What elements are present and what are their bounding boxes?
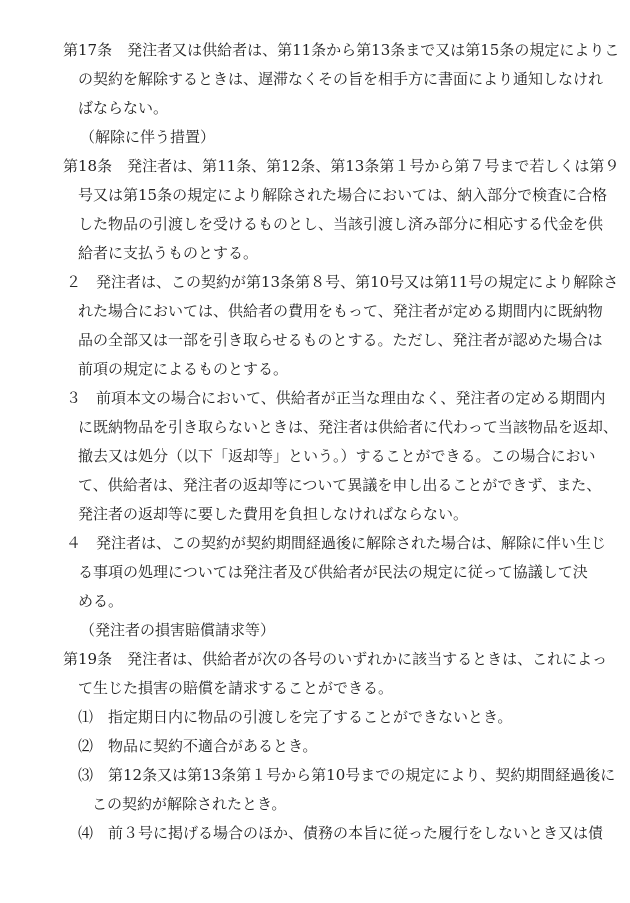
article-18-para-3-line-3: 撤去又は処分（以下「返却等」という。）することができる。この場合におい [78, 446, 596, 466]
article-18-para-2-line-2: れた場合においては、供給者の費用をもって、発注者が定める期間内に既納物 [78, 301, 603, 321]
article-18-line-1: 第18条 発注者は、第11条、第12条、第13条第１号から第７号まで若しくは第９ [63, 156, 619, 176]
heading-damages-claim: （発注者の損害賠償請求等） [80, 620, 275, 640]
article-19-line-1: 第19条 発注者は、供給者が次の各号のいずれかに該当するときは、これによっ [63, 649, 607, 669]
article-18-para-3-line-5: 発注者の返却等に要した費用を負担しなければならない。 [78, 504, 468, 524]
article-17-line-3: ばならない。 [78, 98, 168, 118]
article-17-line-2: の契約を解除するときは、遅滞なくその旨を相手方に書面により通知しなけれ [78, 69, 603, 89]
article-18-para-4-line-1: ４ 発注者は、この契約が契約期間経過後に解除された場合は、解除に伴い生じ [66, 533, 606, 553]
article-18-para-2-line-1: ２ 発注者は、この契約が第13条第８号、第10号又は第11号の規定により解除さ [66, 272, 618, 292]
article-18-line-3: した物品の引渡しを受けるものとし、当該引渡し済み部分に相応する代金を供 [78, 214, 603, 234]
article-18-para-3-line-2: に既納物品を引き取らないときは、発注者は供給者に代わって当該物品を返却、 [78, 417, 618, 437]
article-18-para-4-line-2: る事項の処理については発注者及び供給者が民法の規定に従って協議して決 [78, 562, 588, 582]
document-page: 第17条 発注者又は供給者は、第11条から第13条まで又は第15条の規定によりこ… [0, 0, 630, 903]
article-18-para-4-line-3: める。 [78, 591, 123, 611]
heading-termination-measures: （解除に伴う措置） [80, 127, 215, 147]
article-18-para-2-line-3: 品の全部又は一部を引き取らせるものとする。ただし、発注者が認めた場合は [78, 330, 603, 350]
article-19-item-3: ⑶ 第12条又は第13条第１号から第10号までの規定により、契約期間経過後に [78, 765, 615, 785]
article-19-line-2: て生じた損害の賠償を請求することができる。 [78, 678, 393, 698]
article-18-para-2-line-4: 前項の規定によるものとする。 [78, 359, 288, 379]
article-18-line-2: 号又は第15条の規定により解除された場合においては、納入部分で検査に合格 [78, 185, 607, 205]
article-19-item-2: ⑵ 物品に契約不適合があるとき。 [78, 736, 317, 756]
article-19-item-4: ⑷ 前３号に掲げる場合のほか、債務の本旨に従った履行をしないとき又は債 [78, 823, 603, 843]
article-19-item-1: ⑴ 指定期日内に物品の引渡しを完了することができないとき。 [78, 707, 512, 727]
article-18-line-4: 給者に支払うものとする。 [78, 243, 258, 263]
article-19-item-3-cont: この契約が解除されたとき。 [92, 794, 286, 814]
article-17-line-1: 第17条 発注者又は供給者は、第11条から第13条まで又は第15条の規定によりこ [63, 40, 619, 60]
article-18-para-3-line-1: ３ 前項本文の場合において、供給者が正当な理由なく、発注者の定める期間内 [66, 388, 605, 408]
article-18-para-3-line-4: て、供給者は、発注者の返却等について異議を申し出ることができず、また、 [78, 475, 601, 495]
